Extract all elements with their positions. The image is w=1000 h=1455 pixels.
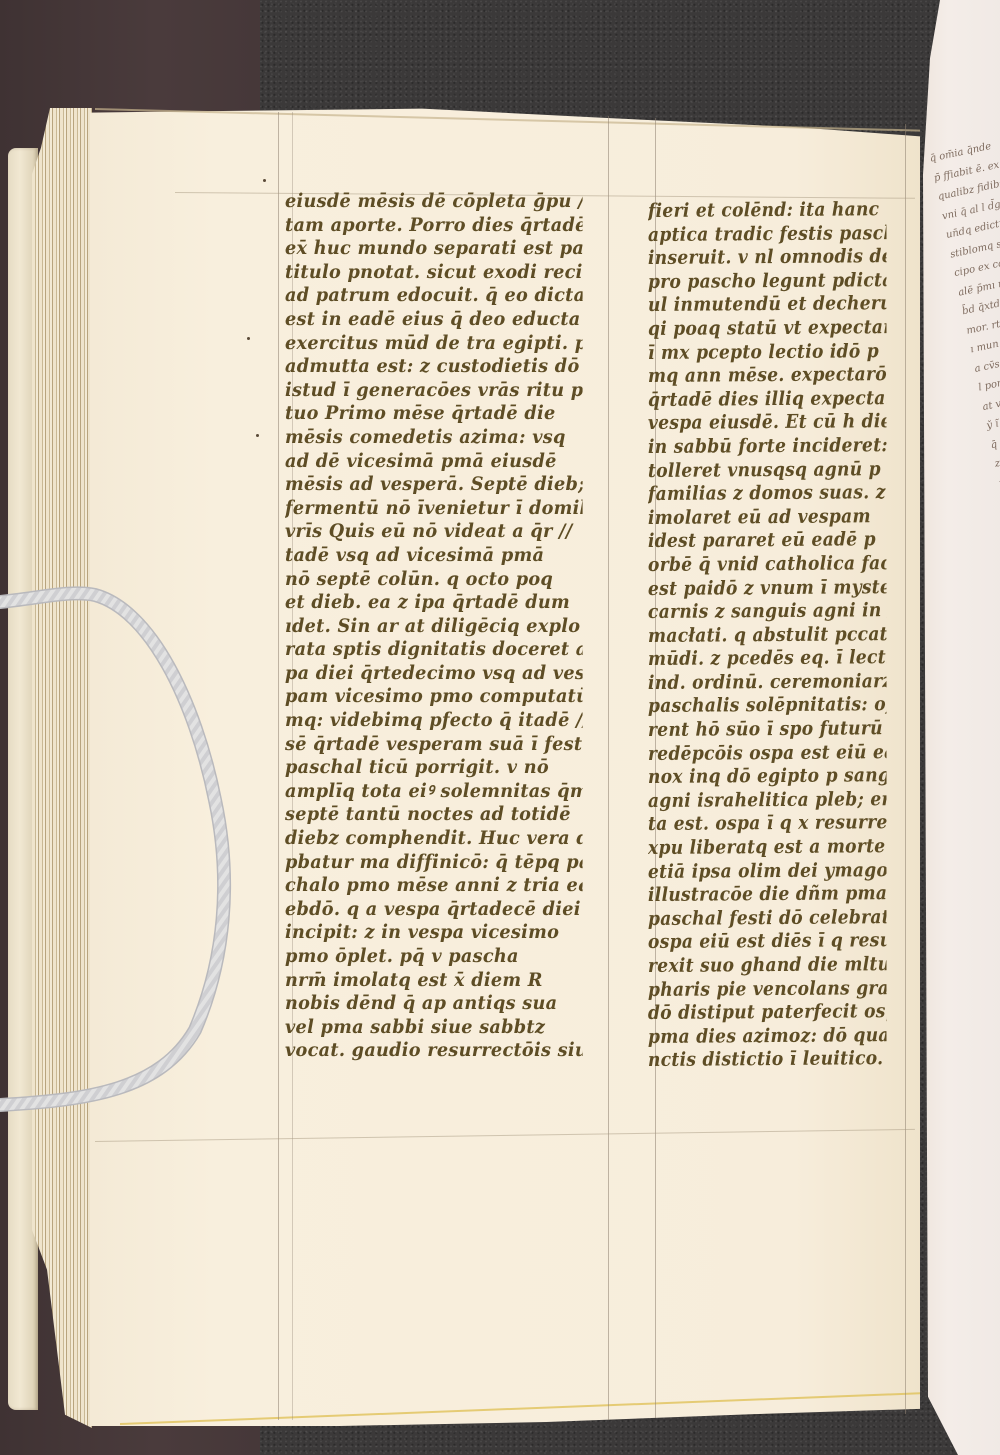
text-line: ex̄ huc mundo separati est pasche	[285, 237, 583, 261]
text-line: pharis pie vencolans grau	[648, 977, 887, 1002]
text-line: rexit suo ghand die mltu //	[648, 953, 887, 978]
text-line: pam vicesimo pmo computatū //	[285, 685, 583, 709]
text-line: vocat. gaudio resurrectōis siue	[285, 1039, 583, 1063]
text-line: dō distiput paterfecit ospa	[648, 1000, 887, 1025]
text-line: ind. ordinū. ceremoniarz.	[648, 670, 887, 695]
text-line: in sabbū forte incideret:	[648, 434, 887, 459]
text-line: tolleret vnusqsq agnū p	[648, 458, 887, 483]
text-line: est paidō z vnum ī mysteriū	[648, 576, 887, 601]
text-line: mēsis ad vesperā. Septē dieb;	[285, 473, 583, 497]
text-line: titulo pnotat. sicut exodi recipie	[285, 261, 583, 285]
text-line: diebz comphendit. Huc vera dō	[285, 827, 583, 851]
text-line: illustracōe die dñm pma	[648, 882, 887, 907]
text-line: et dieb. ea z ipa q̄rtadē dum	[285, 591, 583, 615]
text-line: rata sptis dignitatis doceret a ves //	[285, 638, 583, 662]
text-line: incipit: z in vespa vicesimo	[285, 921, 583, 945]
text-line: nrm̄ imolatq est x̄ diem R	[285, 969, 583, 993]
text-line: carnis z sanguis agni in //	[648, 599, 887, 624]
text-line: ıdet. Sin ar at diligēciq explo //	[285, 615, 583, 639]
text-line: tadē vsq ad vicesimā pmā	[285, 544, 583, 568]
text-line: agni israhelitica pleb; ercp //	[648, 788, 887, 813]
text-line: septē tantū noctes ad totidē	[285, 803, 583, 827]
text-line: est in eadē eius q̄ deo educta	[285, 308, 583, 332]
text-line: ebdō. q a vespa q̄rtadecē diei	[285, 898, 583, 922]
text-line: fermentū nō īvenietur ī domibz	[285, 497, 583, 521]
text-line: paschal ticū porrigit. v nō	[285, 756, 583, 780]
text-line: qi poaq statū vt expectaro //	[648, 316, 887, 341]
text-line: nctis distictio ī leuitico.	[648, 1048, 887, 1073]
text-line: q̄rtadē dies illiq expectaret	[648, 387, 887, 412]
text-line: ta est. ospa ī q x resurrectōe	[648, 812, 887, 837]
text-line: etiā ipsa olim dei ymago	[648, 859, 887, 884]
text-line: admutta est: z custodietis dō	[285, 355, 583, 379]
text-line: paschal festi dō celebrat	[648, 906, 887, 931]
text-line: tam aporte. Porro dies q̄rtadē	[285, 214, 583, 238]
text-line: imolaret eū ad vespam	[648, 505, 887, 530]
text-line: ul inmutendū et decherut.	[648, 293, 887, 318]
text-line: mūdi. z pcedēs eq. ī lectiō //	[648, 646, 887, 671]
text-line: idest pararet eū eadē p	[648, 528, 887, 553]
text-line: tuo Primo mēse q̄rtadē die	[285, 402, 583, 426]
ruling-center-left	[608, 116, 609, 1420]
text-line: paschalis solēpnitatis: offer	[648, 694, 887, 719]
text-line: pbatur ma diffinicō: q̄ tēpq pas //	[285, 851, 583, 875]
text-line: redēpcōis ospa est eiū eadē	[648, 741, 887, 766]
text-line: exercitus mūd de tra egipti. ppul	[285, 332, 583, 356]
text-line: pma dies azimoz: dō qua	[648, 1024, 887, 1049]
text-line: pmo ōplet. pq̄ v pascha	[285, 945, 583, 969]
text-line: vespa eiusdē. Et cū h dies	[648, 410, 887, 435]
page-stack-fore-edge	[32, 108, 92, 1428]
text-line: nobis dēnd q̄ ap antiqs sua	[285, 992, 583, 1016]
text-line: chalo pmo mēse anni z tria eq	[285, 874, 583, 898]
text-line: rent hō sūo ī spo futurū sūo	[648, 717, 887, 742]
text-line: vrīs Quis eū nō videat a q̄r //	[285, 520, 583, 544]
text-line: ad patrum edocuit. q̄ eo dicta	[285, 284, 583, 308]
text-line: eiusdē mēsis dē cōpleta ḡpu //	[285, 190, 583, 214]
ruling-left-outer	[278, 112, 279, 1420]
text-line: ī mx pcepto lectio idō p	[648, 340, 887, 365]
text-line: sē q̄rtadē vesperam suā ī festi	[285, 733, 583, 757]
text-line: fieri et colēnd: ita hanc	[648, 198, 887, 223]
pricking-mark	[247, 337, 250, 340]
text-line: amplīq tota eiꝰ solemnitas q̄m	[285, 780, 583, 804]
text-line: nox inq dō egipto p sanguinē	[648, 764, 887, 789]
pricking-mark	[256, 434, 259, 437]
text-line: xpu liberatq est a morte	[648, 835, 887, 860]
text-line: pa diei q̄rtedecimo vsq ad vesp //	[285, 662, 583, 686]
text-column-left: eiusdē mēsis dē cōpleta ḡpu // tam aport…	[285, 190, 605, 1063]
text-line: orbē q̄ vnid catholica fact	[648, 552, 887, 577]
text-line: macłati. q abstulit pccata	[648, 623, 887, 648]
text-line: ad dē vicesimā pmā eiusdē	[285, 450, 583, 474]
text-line: familias z domos suas. z	[648, 481, 887, 506]
text-column-right: fieri et colēnd: ita hanc aptica tradic …	[648, 200, 913, 1073]
text-line: nō septē colūn. q octo poq	[285, 568, 583, 592]
text-line: mēsis comedetis azima: vsq	[285, 426, 583, 450]
text-line: ospa eiū est diēs ī q resur //	[648, 930, 887, 955]
text-line: aptica tradic festis paschalibz	[648, 222, 887, 247]
text-line: vel pma sabbi siue sabbtz	[285, 1016, 583, 1040]
text-line: mq: videbimq pfecto q̄ itadē //	[285, 709, 583, 733]
text-line: mq ann mēse. expectarō	[648, 363, 887, 388]
text-line: pro pascho legunt pdicta pada.	[648, 269, 887, 294]
pricking-mark	[263, 179, 266, 182]
text-line: inseruit. v nl omnodis debe //	[648, 245, 887, 270]
text-line: istud ī generacōes vrās ritu ppe //	[285, 379, 583, 403]
